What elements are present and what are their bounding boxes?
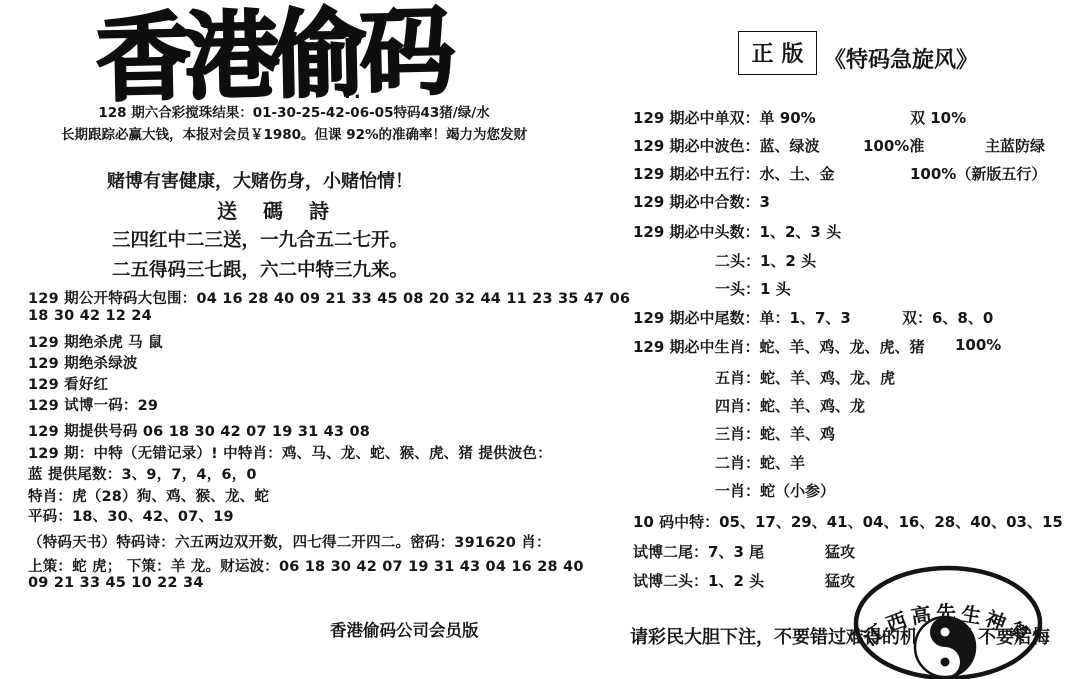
tips-line: 09 21 33 45 10 22 34 [28, 575, 204, 591]
prediction-extra: 猛攻 [825, 541, 855, 562]
prediction-line: 129 期必中五行：水、土、金 100%（新版五行） [633, 163, 1080, 185]
tips-line: 129 看好红 [28, 373, 108, 394]
prediction-text: 试博二头：1、2 头 [633, 570, 764, 591]
tips-line: 129 期绝杀绿波 [28, 352, 138, 373]
tips-line: 129 期绝杀虎 马 鼠 [28, 331, 163, 352]
prediction-line: 一头：1 头 [633, 278, 1080, 300]
prediction-text: 二头：1、2 头 [715, 250, 816, 271]
prediction-line: 129 期必中尾数：单：1、7、3 双：6、8、0 [633, 307, 1080, 329]
poem-line-1: 三四红中二三送，一九合五二七开。 [0, 226, 520, 252]
prediction-extra: 双：6、8、0 [902, 307, 993, 328]
prediction-line: 二头：1、2 头 [633, 250, 1080, 272]
prediction-line: 10 码中特：05、17、29、41、04、16、28、40、03、15 [633, 511, 1080, 533]
prediction-text: 试博二尾：7、3 尾 [633, 541, 764, 562]
prediction-extra: 双 10% [910, 107, 966, 128]
prediction-extra: 主蓝防绿 [985, 135, 1045, 156]
prediction-line: 129 期必中单双：单 90% 双 10% [633, 107, 1080, 129]
tips-line: （特码天书）特码诗：六五两边双开数，四七得二开四二。密码：391620 肖： [28, 531, 551, 552]
tips-line: 平码：18、30、42、07、19 [28, 505, 234, 526]
prediction-text: 129 期必中五行：水、土、金 [633, 163, 835, 184]
prediction-extra: 100% [955, 336, 1001, 354]
prediction-extra: 100%准 [863, 135, 924, 156]
prediction-text: 三肖：蛇、羊、鸡 [715, 423, 835, 444]
prediction-text: 10 码中特：05、17、29、41、04、16、28、40、03、15 [633, 511, 1063, 532]
tips-line: 129 期提供号码 06 18 30 42 07 19 31 43 08 [28, 420, 370, 441]
draw-result-line: 128 期六合彩搅珠结果：01-30-25-42-06-05特码43猪/绿/水 [10, 101, 578, 121]
tips-line: 129 试博一码：29 [28, 394, 158, 415]
prediction-text: 一头：1 头 [715, 278, 791, 299]
prediction-text: 129 期必中尾数：单：1、7、3 [633, 307, 851, 328]
prediction-line: 一肖：蛇（小参） [633, 480, 1080, 502]
tips-line: 蓝 提供尾数：3、9，7，4，6，0 [28, 463, 257, 484]
tips-line: 上策：蛇 虎； 下策：羊 龙。财运波：06 18 30 42 07 19 31 … [28, 555, 584, 576]
stamp-seal: 江西高先生神算 [850, 560, 1046, 679]
masthead-title: 香港偷码 [95, 0, 487, 116]
tips-line: 129 期公开特码大包围：04 16 28 40 09 21 33 45 08 … [28, 287, 630, 308]
prediction-line: 129 期必中头数：1、2、3 头 [633, 221, 1080, 243]
prediction-line: 三肖：蛇、羊、鸡 [633, 423, 1080, 445]
prediction-line: 五肖：蛇、羊、鸡、龙、虎 [633, 367, 1080, 389]
poem-title: 送碼詩 [0, 195, 546, 224]
tips-line: 18 30 42 12 24 [28, 308, 152, 324]
prediction-line: 四肖：蛇、羊、鸡、龙 [633, 395, 1080, 417]
prediction-line: 129 期必中波色：蓝、绿波 100%准 主蓝防绿 [633, 135, 1080, 157]
prediction-line: 129 期必中生肖：蛇、羊、鸡、龙、虎、猪 100% [633, 336, 1080, 358]
prediction-extra: 100%（新版五行） [910, 163, 1046, 184]
yin-yang-icon [915, 617, 975, 677]
promo-line: 长期跟踪必赢大钱，本报对会员￥1980。但课 92%的准确率！竭力为您发财 [10, 123, 578, 143]
prediction-text: 129 期必中合数：3 [633, 191, 770, 212]
left-page-footer: 香港偷码公司会员版 [330, 617, 479, 641]
poem-line-2: 二五得码三七跟，六二中特三九来。 [0, 256, 520, 282]
tips-line: 129 期：中特（无错记录）! 中特肖：鸡、马、龙、蛇、猴、虎、猪 提供波色： [28, 442, 552, 463]
prediction-text: 五肖：蛇、羊、鸡、龙、虎 [715, 367, 895, 388]
prediction-text: 二肖：蛇、羊 [715, 452, 805, 473]
prediction-text: 129 期必中波色：蓝、绿波 [633, 135, 820, 156]
prediction-text: 四肖：蛇、羊、鸡、龙 [715, 395, 865, 416]
health-warning: 赌博有害健康，大赌伤身，小赌怡情！ [0, 167, 520, 193]
masthead-dots: .. [344, 82, 364, 103]
prediction-text: 129 期必中头数：1、2、3 头 [633, 221, 841, 242]
prediction-text: 129 期必中单双：单 90% [633, 107, 816, 128]
prediction-text: 一肖：蛇（小参） [715, 480, 835, 501]
prediction-line: 129 期必中合数：3 [633, 191, 1080, 213]
prediction-text: 129 期必中生肖：蛇、羊、鸡、龙、虎、猪 [633, 336, 925, 357]
tips-line: 特肖：虎（28）狗、鸡、猴、龙、蛇 [28, 485, 269, 506]
prediction-line: 二肖：蛇、羊 [633, 452, 1080, 474]
